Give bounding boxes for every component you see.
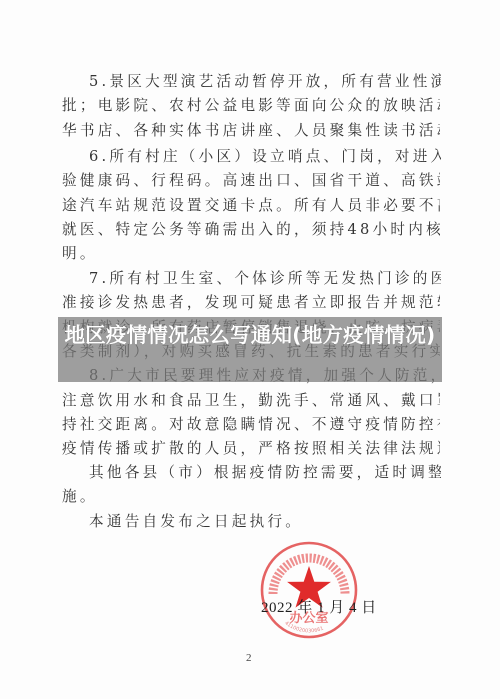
- text-line: 施。: [62, 486, 440, 508]
- text-line: 途汽车站规范设置交通卡点。所有人员非必要不离开本市，如因: [62, 195, 440, 217]
- title-overlay-banner: 地区疫情情况怎么写通知(地方疫情情况): [58, 317, 442, 382]
- text-line: 验健康码、行程码。高速出口、国省干道、高铁站、火车站、长: [62, 170, 440, 192]
- text-line: 明。: [62, 243, 440, 265]
- text-line: 持社交距离。对故意隐瞒情况、不遵守疫情防控有关规定，造成: [62, 414, 440, 436]
- official-stamp: 办公室 4110020030661: [259, 540, 359, 640]
- text-line: 6.所有村庄（小区）设立哨点、门岗，对进入人员测温，查: [89, 146, 441, 168]
- text-line: 其他各县（市）根据疫情防控需要，适时调整防控政策和措: [89, 462, 441, 484]
- text-line: 本通告自发布之日起执行。: [89, 511, 441, 533]
- text-line: 批；电影院、农村公益电影等面向公众的放映活动暂停开展；新: [62, 95, 440, 117]
- overlay-title: 地区疫情情况怎么写通知(地方疫情情况): [58, 317, 442, 382]
- issue-date: 2022 年 1 月 4 日: [261, 598, 377, 618]
- text-line: 准接诊发热患者，发现可疑患者立即报告并规范转运至定点医疗: [62, 292, 440, 314]
- text-line: 5.景区大型演艺活动暂停开放，所有营业性演出活动暂停审: [89, 71, 441, 93]
- text-line: 7.所有村卫生室、个体诊所等无发热门诊的医疗机构一律不: [89, 268, 441, 290]
- text-line: 就医、特定公务等确需出入的，须持48小时内核酸检测阴性证: [62, 219, 440, 241]
- text-line: 疫情传播或扩散的人员，严格按照相关法律法规追究责任。: [62, 438, 440, 460]
- text-line: 华书店、各种实体书店讲座、人员聚集性读书活动等暂停开展。: [62, 120, 440, 142]
- page-number: 2: [246, 652, 252, 664]
- text-line: 注意饮用水和食品卫生，勤洗手、常通风、戴口罩、少聚集、保: [62, 390, 440, 412]
